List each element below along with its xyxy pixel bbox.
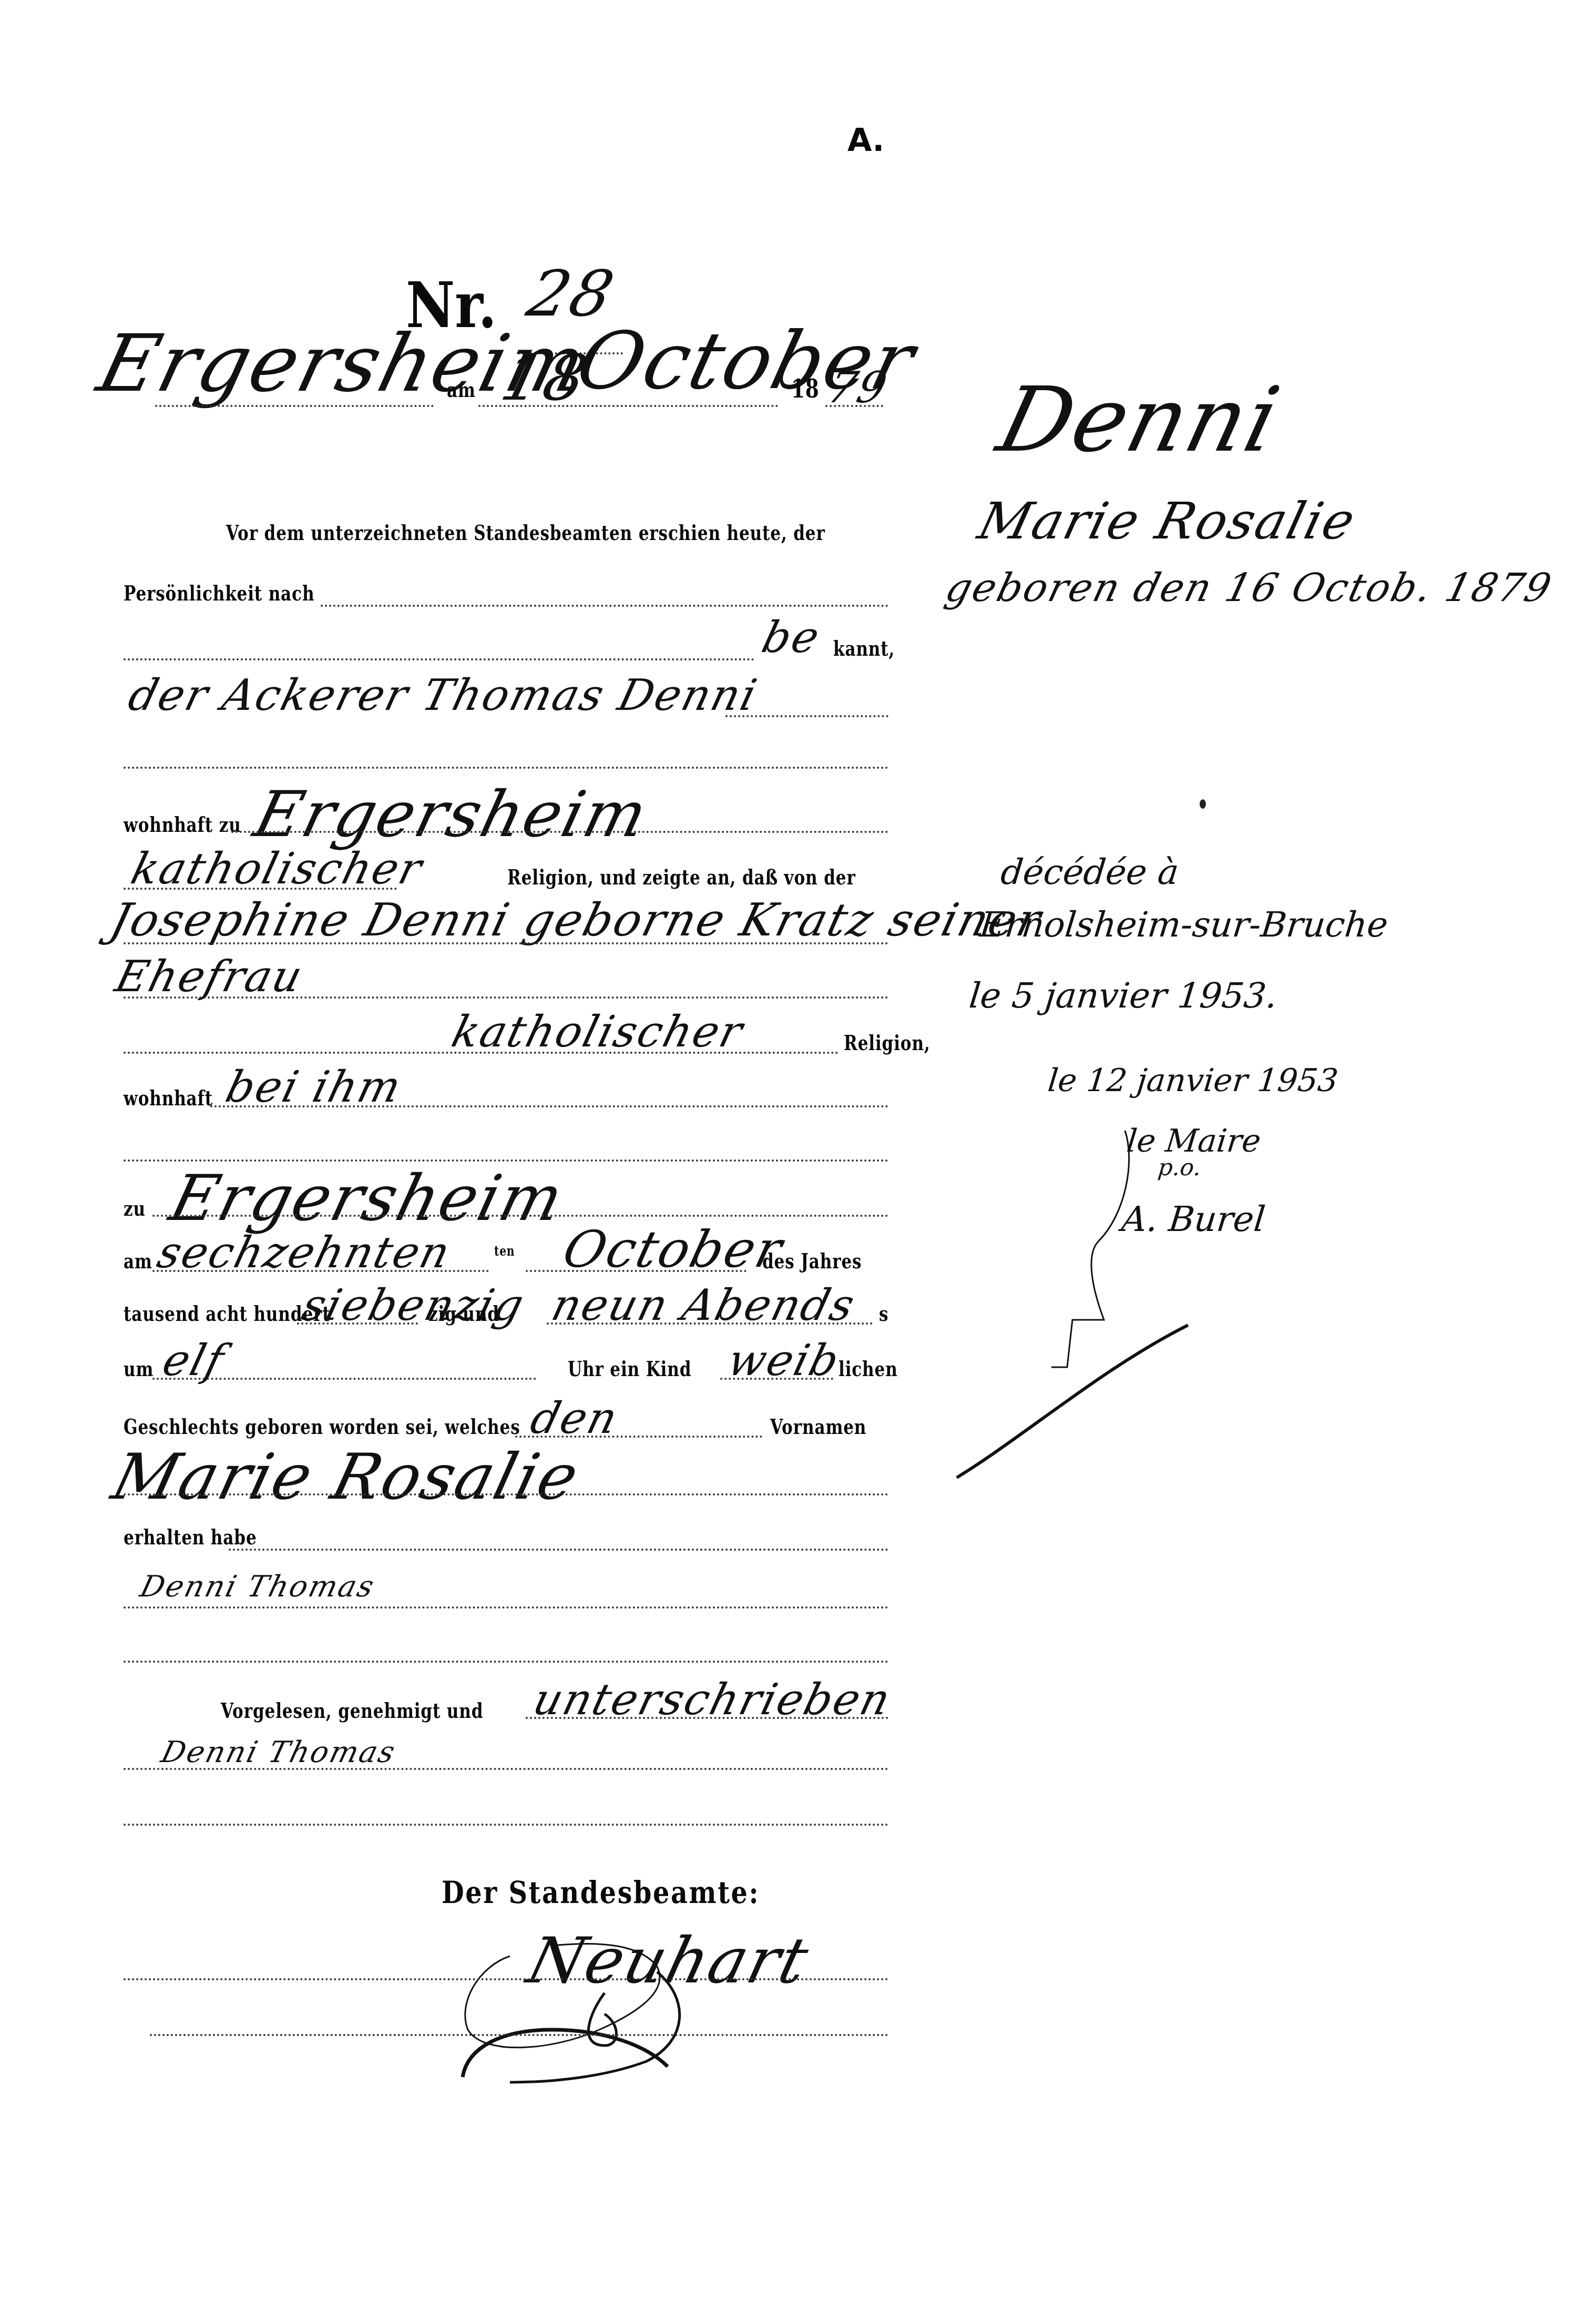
dotted-line	[152, 1378, 536, 1380]
margin-birth-date: geboren den 16 Octob. 1879	[941, 565, 1557, 610]
ink-dot	[1200, 799, 1206, 809]
dotted-line	[720, 1378, 833, 1380]
dotted-line	[124, 1978, 888, 1980]
mother-religion: katholischer	[447, 1007, 749, 1057]
declarant-religion: katholischer	[126, 844, 428, 894]
dotted-line	[124, 658, 754, 660]
dotted-line	[825, 405, 883, 407]
erhalten-label: erhalten habe	[124, 1525, 257, 1550]
signature-flourish-icon	[447, 1925, 794, 2093]
dotted-line	[547, 1322, 873, 1325]
bekannt-handwritten: be	[757, 613, 826, 663]
vorgelesen-label: Vorgelesen, genehmigt und	[221, 1698, 483, 1723]
ten-label: ten	[494, 1244, 515, 1259]
bekannt-label: kannt,	[833, 636, 895, 661]
declarant-signature: Denni Thomas	[137, 1570, 378, 1604]
dotted-line	[124, 996, 888, 999]
religion-label: Religion,	[844, 1031, 930, 1055]
wohnhaft-zu-label: wohnhaft zu	[124, 812, 241, 837]
dotted-line	[150, 2034, 888, 2036]
official-title: Der Standesbeamte:	[442, 1875, 760, 1910]
dotted-line	[526, 1270, 746, 1272]
dotted-line	[725, 715, 888, 717]
declarant-residence: Ergersheim	[247, 778, 656, 851]
dotted-line	[297, 1322, 418, 1325]
dotted-line	[124, 942, 888, 944]
dotted-line	[124, 1768, 888, 1770]
dotted-line	[124, 1606, 888, 1609]
wohnhaft-label: wohnhaft	[124, 1086, 213, 1111]
dotted-line	[124, 1159, 888, 1162]
des-jahres-label: des Jahres	[762, 1249, 862, 1274]
mother-relation: Ehefrau	[110, 952, 309, 1002]
dotted-line	[515, 1436, 762, 1438]
mayor-signature-flourish-icon	[946, 1120, 1241, 1488]
dotted-line	[526, 1717, 888, 1719]
geschlechts-label: Geschlechts geboren worden sei, welches	[124, 1415, 520, 1439]
um-label: um	[124, 1357, 154, 1381]
am-label-2: am	[124, 1249, 152, 1274]
dotted-line	[152, 1270, 489, 1272]
dotted-line	[124, 1824, 888, 1826]
child-given-names: Marie Rosalie	[105, 1441, 587, 1514]
dotted-line	[155, 405, 434, 407]
declarant-name: der Ackerer Thomas Denni	[124, 670, 763, 720]
dotted-line	[210, 1105, 888, 1107]
dotted-line	[124, 1493, 888, 1495]
death-note-line3: le 5 janvier 1953.	[967, 975, 1279, 1016]
mother-residence: bei ihm	[221, 1062, 407, 1112]
am-label: am	[447, 378, 476, 402]
form-letter: A.	[847, 122, 884, 159]
registration-year-printed: 18	[791, 374, 820, 404]
persoenlichkeit-label: Persönlichkeit nach	[124, 581, 314, 606]
religion-zeigte-label: Religion, und zeigte an, daß von der	[507, 865, 856, 890]
dotted-line	[124, 767, 888, 769]
zu-label: zu	[124, 1196, 146, 1221]
mother-name: Josephine Denni geborne Kratz seiner	[105, 894, 1048, 947]
margin-given-names: Marie Rosalie	[973, 492, 1362, 551]
death-note-line2: Ernolsheim-sur-Bruche	[978, 904, 1390, 945]
uhr-kind-label: Uhr ein Kind	[568, 1357, 691, 1381]
dotted-line	[152, 1215, 888, 1217]
dotted-line	[229, 1549, 888, 1551]
death-note-line1: décédée à	[999, 852, 1181, 892]
margin-surname: Denni	[988, 368, 1291, 472]
dotted-line	[124, 888, 397, 890]
dotted-line	[124, 1052, 838, 1054]
dotted-line	[231, 831, 888, 833]
dotted-line	[478, 405, 778, 407]
birth-place: Ergersheim	[163, 1162, 571, 1235]
attest-date: le 12 janvier 1953	[1046, 1062, 1340, 1099]
intro-text: Vor dem unterzeichneten Standesbeamten e…	[226, 521, 825, 545]
dotted-line	[124, 1661, 888, 1663]
zig-und-label: zig und	[428, 1301, 499, 1326]
s-label: s	[879, 1301, 888, 1326]
dotted-line	[321, 605, 888, 607]
lichen-label: lichen	[838, 1357, 898, 1381]
declarant-signature-2: Denni Thomas	[158, 1735, 400, 1769]
vornamen-label: Vornamen	[770, 1415, 866, 1439]
